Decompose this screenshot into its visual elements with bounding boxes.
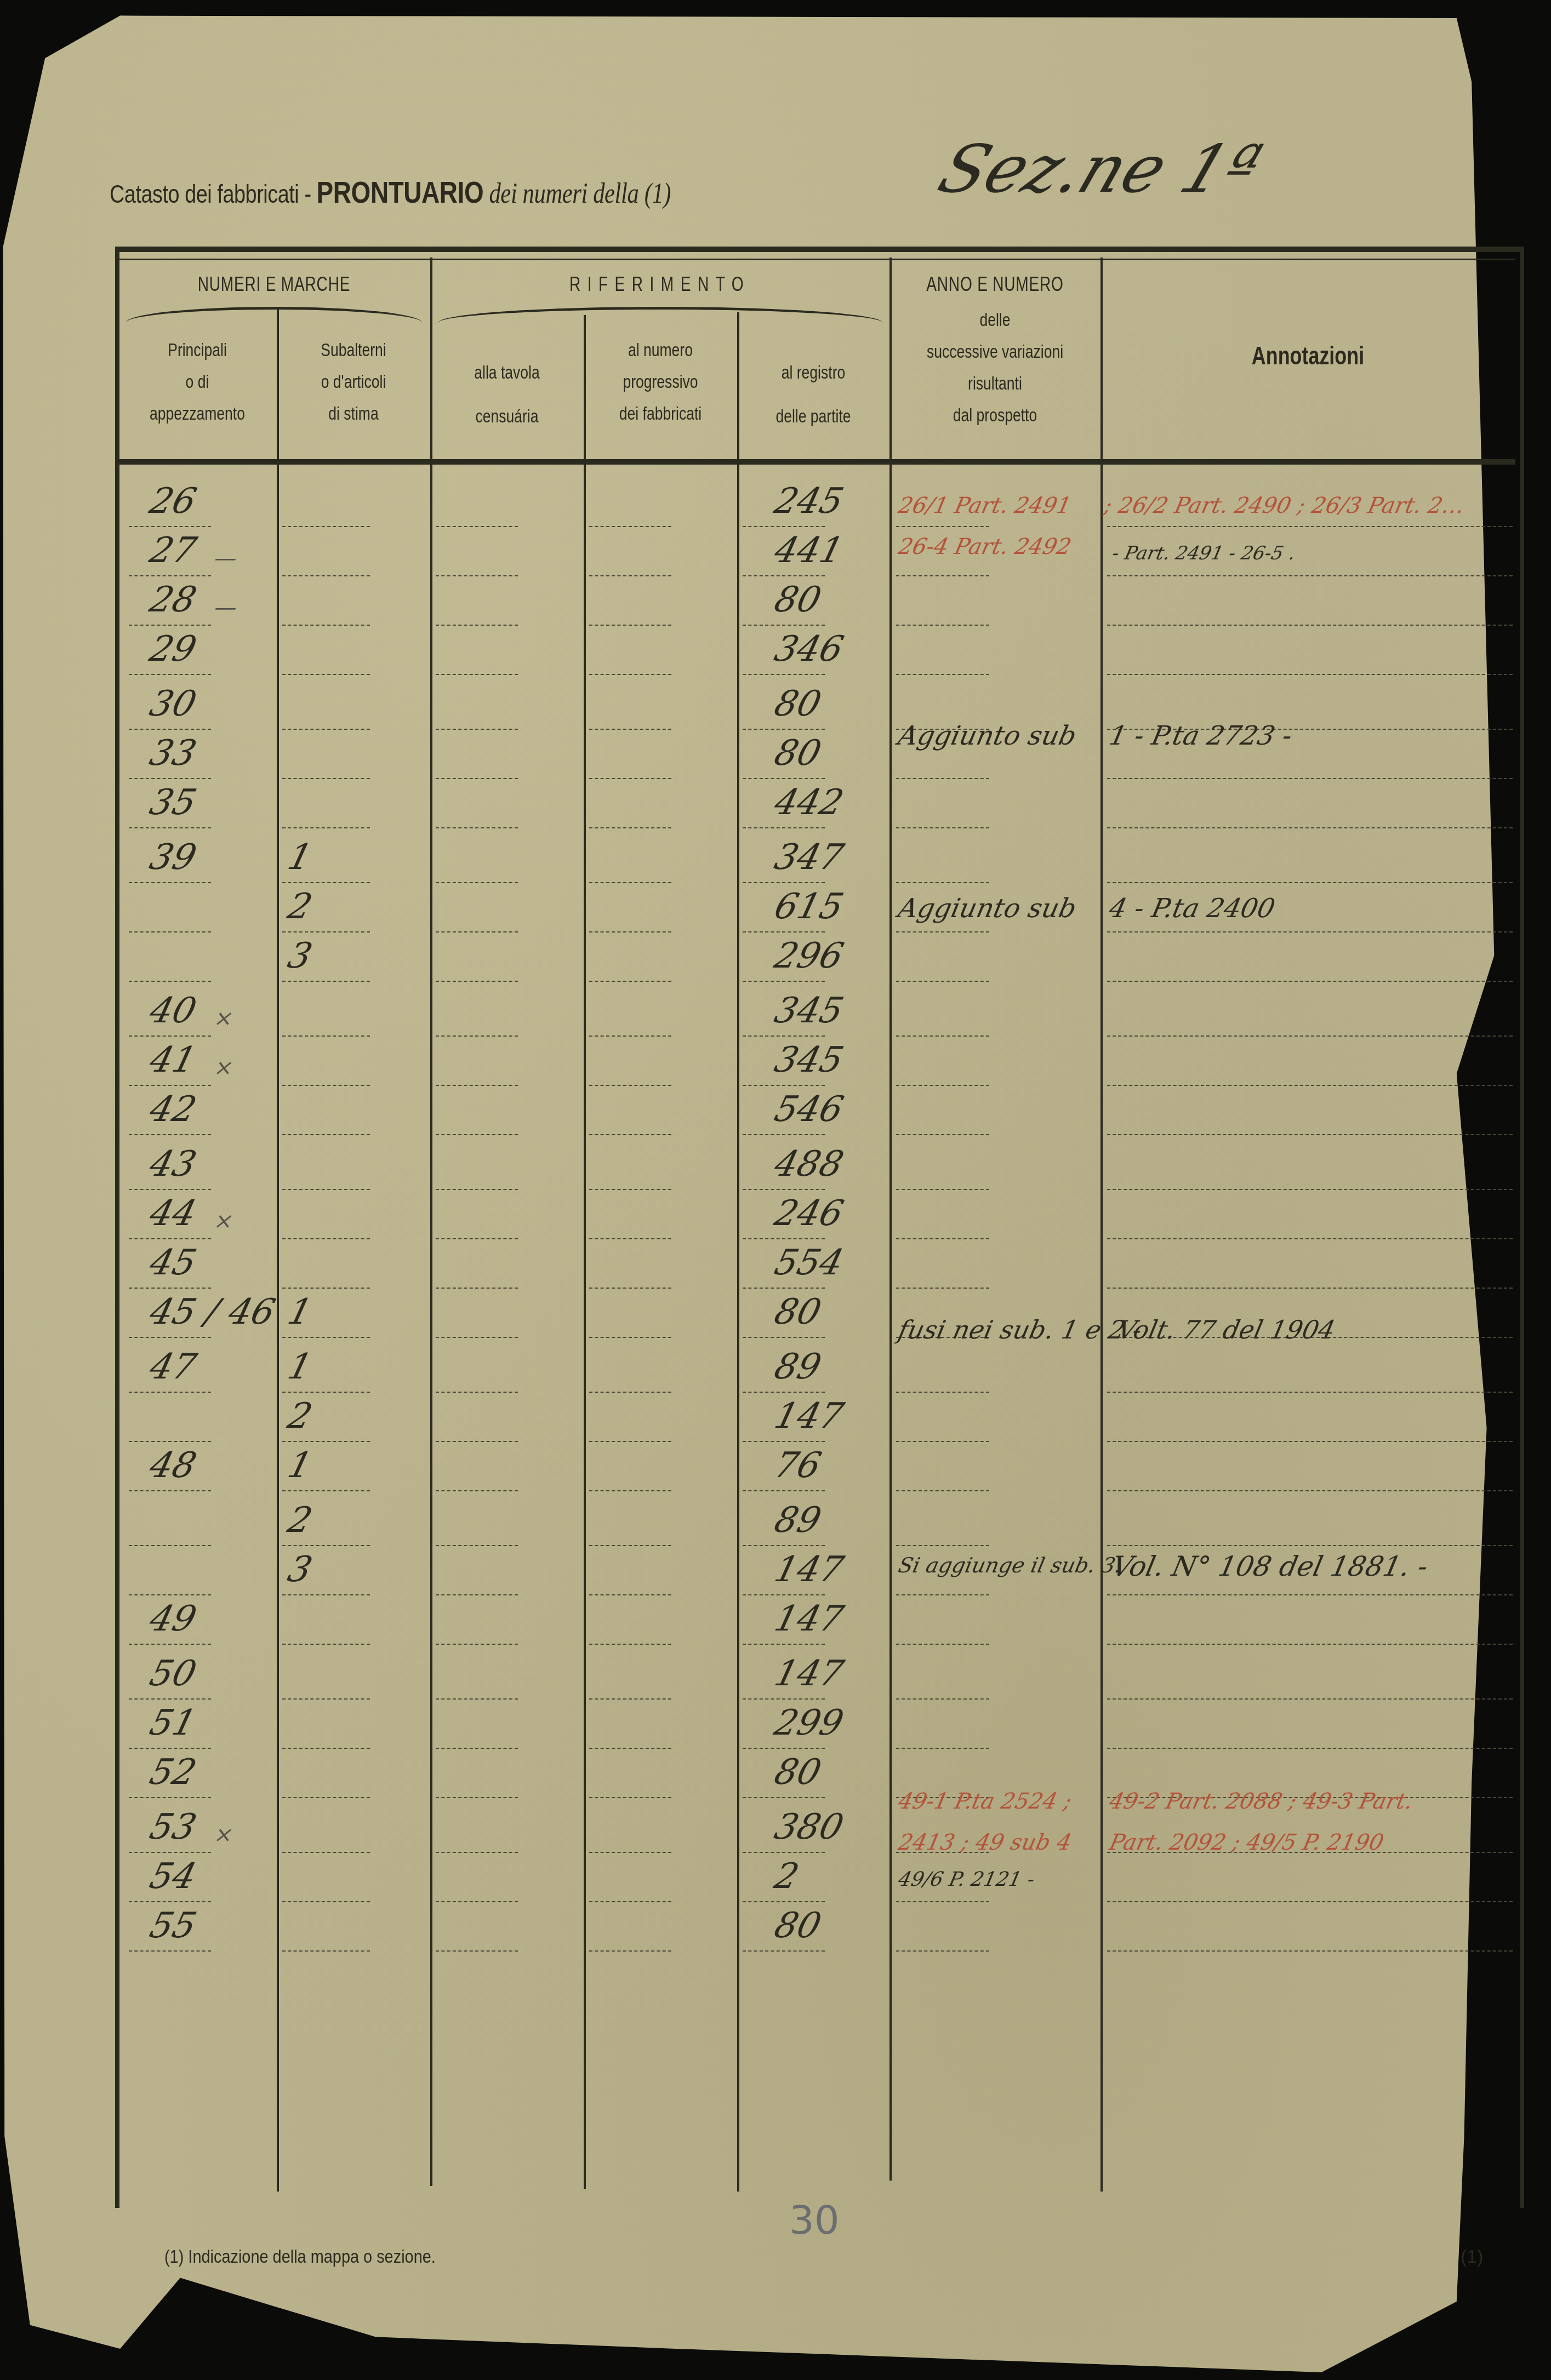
title-suffix: dei numeri della (1) — [483, 178, 671, 209]
cell-principale: 52 — [146, 1752, 201, 1793]
table-row: 42546 — [118, 1085, 1515, 1135]
row-rule — [743, 673, 825, 675]
annotation-26-variation-2: 26-4 Part. 2492 — [896, 534, 1074, 559]
cell-principale: 33 — [146, 733, 201, 774]
cell-registro: 80 — [771, 1906, 825, 1946]
cell-registro: 147 — [771, 1396, 848, 1437]
cell-registro: 76 — [771, 1445, 825, 1486]
cell-registro: 442 — [771, 782, 848, 823]
cell-principale: 26 — [146, 481, 201, 522]
cell-principale: 45 — [146, 1243, 201, 1283]
cell-principale: 35 — [146, 782, 201, 823]
table-top-rule-thin — [118, 259, 1515, 260]
row-rule — [282, 1336, 370, 1338]
title-prefix: Catasto dei fabbricati - — [110, 180, 317, 208]
cell-principale: 51 — [146, 1703, 201, 1743]
row-rule — [896, 980, 989, 982]
annotation-49-variation-1: 49-1 P.ta 2524 ; — [896, 1789, 1074, 1814]
row-rule — [1107, 673, 1513, 675]
annotation-49-note-2: Part. 2092 ; 49/5 P. 2190 — [1107, 1830, 1386, 1855]
cell-registro: 554 — [771, 1243, 848, 1283]
row-rule — [589, 980, 671, 982]
cell-registro: 80 — [771, 580, 825, 620]
annotation-30-note: 1 - P.ta 2723 - — [1107, 720, 1295, 751]
cell-registro: 89 — [771, 1347, 825, 1387]
cell-principale: 54 — [146, 1856, 201, 1897]
cell-mark: × — [212, 1822, 236, 1847]
cell-subalterno: 3 — [284, 1549, 316, 1590]
row-rule — [436, 980, 518, 982]
header-principali: Principali o di appezzamento — [135, 334, 259, 430]
cell-principale: 53 — [146, 1807, 201, 1847]
cell-registro: 80 — [771, 684, 825, 724]
cell-subalterno: 2 — [284, 1396, 316, 1437]
row-rule — [129, 673, 211, 675]
row-rule — [282, 1643, 370, 1645]
cell-registro: 147 — [771, 1599, 848, 1639]
cell-registro: 80 — [771, 733, 825, 774]
annotation-49-variation-3: 49/6 P. 2121 - — [897, 1868, 1037, 1891]
row-rule — [589, 1796, 671, 1798]
annotation-26-note-2: - Part. 2491 - 26-5 . — [1110, 542, 1298, 564]
table-row: 5580 — [118, 1901, 1515, 1952]
row-rule — [129, 1949, 211, 1952]
cell-mark: × — [212, 1209, 236, 1234]
cell-registro: 245 — [771, 481, 848, 522]
row-rule — [436, 1489, 518, 1491]
cell-subalterno: 1 — [284, 1347, 316, 1387]
cell-mark: — — [212, 546, 240, 571]
row-rule — [129, 980, 211, 982]
row-rule — [743, 826, 825, 828]
row-rule — [743, 1949, 825, 1952]
document-title: Catasto dei fabbricati - PRONTUARIO dei … — [110, 174, 671, 210]
row-rule — [1107, 1489, 1513, 1491]
cell-principale: 45 / 46 — [146, 1292, 280, 1332]
table-row: 45554 — [118, 1238, 1515, 1289]
annotation-49-note-1: 49-2 Part. 2088 ; 49-3 Part. — [1107, 1789, 1415, 1814]
annotation-44-note: Volt. 77 del 1904 — [1115, 1315, 1338, 1345]
row-rule — [896, 1489, 989, 1491]
cell-registro: 147 — [771, 1549, 848, 1590]
row-rule — [743, 1643, 825, 1645]
cell-registro: 147 — [771, 1654, 848, 1694]
row-rule — [589, 1949, 671, 1952]
table-row: 3296 — [118, 931, 1515, 982]
row-rule — [589, 1489, 671, 1491]
table-row: 35442 — [118, 778, 1515, 828]
table-row: 40×345 — [118, 986, 1515, 1037]
row-rule — [129, 1489, 211, 1491]
cell-principale: 55 — [146, 1906, 201, 1946]
row-rule — [436, 1336, 518, 1338]
footnote-marker: (1) — [1461, 2246, 1484, 2268]
table-row: 47189 — [118, 1342, 1515, 1393]
row-rule — [282, 980, 370, 982]
table-row: 3380 — [118, 729, 1515, 779]
row-rule — [282, 826, 370, 828]
row-rule — [589, 826, 671, 828]
row-rule — [743, 1133, 825, 1135]
table-row: 29346 — [118, 625, 1515, 675]
row-rule — [129, 1643, 211, 1645]
table-row: 51299 — [118, 1698, 1515, 1749]
table-row: 289 — [118, 1496, 1515, 1546]
row-rule — [1107, 1643, 1513, 1645]
table-row: 2147 — [118, 1392, 1515, 1442]
cell-registro: 2 — [771, 1856, 803, 1897]
cell-registro: 488 — [771, 1144, 848, 1185]
cell-principale: 40 — [146, 991, 201, 1031]
pencil-page-number: 30 — [789, 2197, 840, 2243]
table-row: 41×345 — [118, 1035, 1515, 1086]
annotation-47-variation: Si aggiunge il sub. 3. — [896, 1553, 1124, 1577]
title-prontuario: PRONTUARIO — [317, 175, 484, 209]
row-rule — [282, 1133, 370, 1135]
cell-registro: 345 — [771, 1040, 848, 1080]
cell-subalterno: 1 — [284, 1292, 316, 1332]
cell-principale: 47 — [146, 1347, 201, 1387]
table-row: 44×246 — [118, 1189, 1515, 1239]
row-rule — [896, 826, 989, 828]
cell-registro: 380 — [771, 1807, 848, 1847]
header-registro: al registro delle partite — [754, 351, 873, 438]
cell-principale: 30 — [146, 684, 201, 724]
cell-principale: 28 — [146, 580, 201, 620]
header-tavola: alla tavola censuária — [447, 351, 567, 438]
table-row: 48176 — [118, 1441, 1515, 1491]
cell-principale: 42 — [146, 1089, 201, 1130]
cell-subalterno: 2 — [284, 886, 316, 927]
table-row: 3080 — [118, 679, 1515, 730]
row-rule — [589, 673, 671, 675]
annotation-47-note: Vol. N° 108 del 1881. - — [1109, 1551, 1431, 1582]
table-row: 49147 — [118, 1594, 1515, 1645]
row-rule — [436, 826, 518, 828]
annotation-39-note: 4 - P.ta 2400 — [1107, 893, 1278, 924]
row-rule — [129, 1796, 211, 1798]
row-rule — [436, 1133, 518, 1135]
cell-registro: 299 — [771, 1703, 848, 1743]
annotation-44-variation: fusi nei sub. 1 e 2 - — [896, 1315, 1144, 1345]
row-rule — [436, 1796, 518, 1798]
cell-registro: 346 — [771, 629, 848, 670]
cell-registro: 246 — [771, 1193, 848, 1234]
row-rule — [896, 1643, 989, 1645]
cell-mark: × — [212, 1006, 236, 1031]
row-rule — [1107, 1949, 1513, 1952]
annotation-49-variation-2: 2413 ; 49 sub 4 — [896, 1830, 1074, 1855]
row-rule — [896, 673, 989, 675]
annotation-26-note-1: ; 26/2 Part. 2490 ; 26/3 Part. 2… — [1102, 493, 1467, 518]
cell-mark: — — [212, 595, 240, 620]
table-row: 28—80 — [118, 575, 1515, 626]
row-rule — [589, 1133, 671, 1135]
cell-registro: 347 — [771, 837, 848, 878]
cell-principale: 27 — [146, 530, 201, 571]
cell-principale: 43 — [146, 1144, 201, 1185]
row-rule — [743, 1336, 825, 1338]
row-rule — [282, 1489, 370, 1491]
cell-principale: 49 — [146, 1599, 201, 1639]
cell-registro: 89 — [771, 1500, 825, 1541]
table-row: 391347 — [118, 833, 1515, 883]
row-rule — [436, 1949, 518, 1952]
header-subalterni: Subalterni o d'articoli di stima — [294, 334, 413, 430]
table-row: 542 — [118, 1852, 1515, 1902]
row-rule — [743, 980, 825, 982]
row-rule — [129, 1133, 211, 1135]
cell-registro: 296 — [771, 936, 848, 976]
header-anno-e-numero: ANNO E NUMERO — [913, 268, 1077, 300]
cell-mark: × — [212, 1055, 236, 1080]
row-rule — [282, 673, 370, 675]
cell-registro: 345 — [771, 991, 848, 1031]
row-rule — [129, 1336, 211, 1338]
footnote: (1) Indicazione della mappa o sezione. — [164, 2246, 436, 2268]
cell-principale: 48 — [146, 1445, 201, 1486]
table-row: 27—441 — [118, 526, 1515, 576]
cell-principale: 50 — [146, 1654, 201, 1694]
cell-registro: 546 — [771, 1089, 848, 1130]
cell-principale: 39 — [146, 837, 201, 878]
header-riferimento: RIFERIMENTO — [481, 268, 839, 300]
header-annotazioni: Annotazioni — [1146, 340, 1469, 371]
row-rule — [896, 1133, 989, 1135]
header-numero-progressivo: al numero progressivo dei fabbricati — [601, 334, 720, 430]
table-row: 50147 — [118, 1649, 1515, 1700]
cell-registro: 615 — [771, 886, 848, 927]
row-rule — [589, 1336, 671, 1338]
cell-subalterno: 1 — [284, 1445, 316, 1486]
row-rule — [436, 1643, 518, 1645]
table-top-rule — [115, 247, 1520, 252]
cell-registro: 80 — [771, 1292, 825, 1332]
annotation-26-variation-1: 26/1 Part. 2491 — [896, 493, 1074, 518]
row-rule — [282, 1949, 370, 1952]
row-rule — [436, 673, 518, 675]
row-rule — [589, 1643, 671, 1645]
row-rule — [743, 1796, 825, 1798]
cell-principale: 29 — [146, 629, 201, 670]
cell-registro: 441 — [771, 530, 848, 571]
header-variazioni: delle successive variazioni risultanti d… — [913, 304, 1077, 431]
row-rule — [896, 1949, 989, 1952]
cell-subalterno: 3 — [284, 936, 316, 976]
cell-registro: 80 — [771, 1752, 825, 1793]
row-rule — [1107, 826, 1513, 828]
handwritten-section: Sez.ne 1ª — [929, 131, 1271, 208]
header-numeri-e-marche: NUMERI E MARCHE — [152, 268, 396, 300]
table-row: 2615 — [118, 882, 1515, 932]
row-rule — [743, 1489, 825, 1491]
row-rule — [129, 826, 211, 828]
annotation-39-variation: Aggiunto sub — [896, 893, 1079, 924]
cell-subalterno: 1 — [284, 837, 316, 878]
cell-principale: 44 — [146, 1193, 201, 1234]
row-rule — [1107, 980, 1513, 982]
cell-principale: 41 — [146, 1040, 201, 1080]
cell-subalterno: 2 — [284, 1500, 316, 1541]
row-rule — [1107, 1133, 1513, 1135]
row-rule — [282, 1796, 370, 1798]
header-bottom-rule — [118, 459, 1515, 465]
annotation-30-variation: Aggiunto sub — [896, 720, 1079, 751]
table-row: 43488 — [118, 1140, 1515, 1190]
